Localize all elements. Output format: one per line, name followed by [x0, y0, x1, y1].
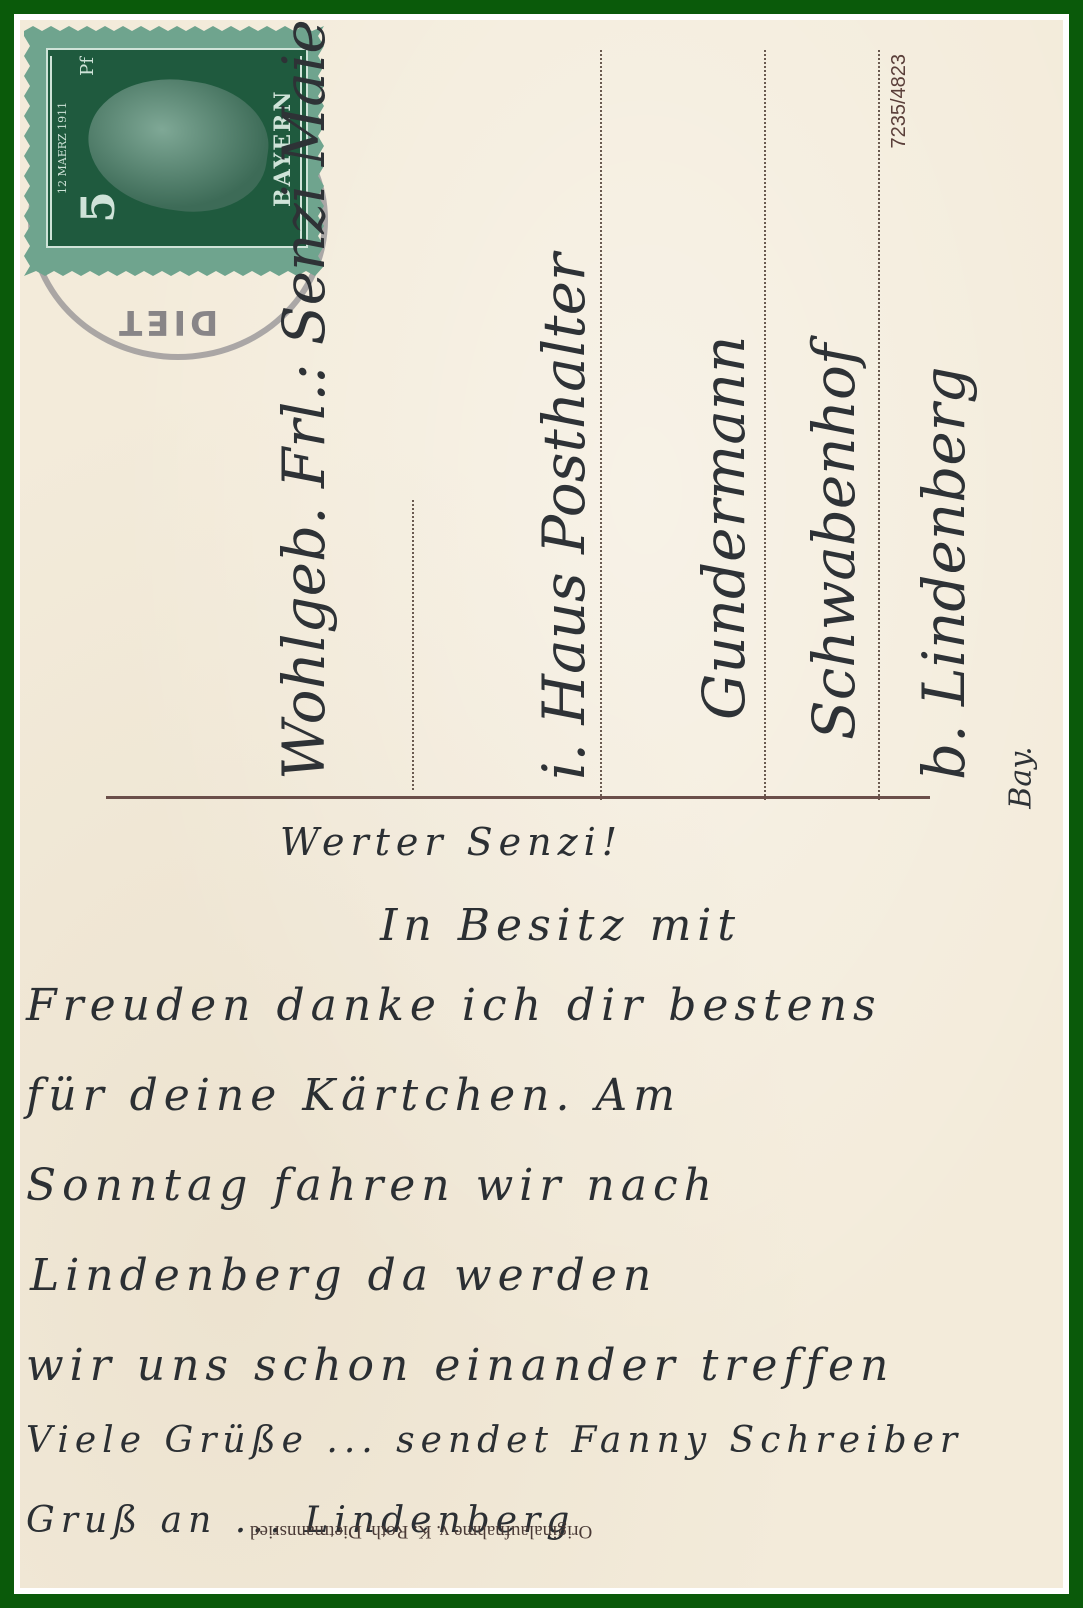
message-line: wir uns schon einander treffen — [26, 1340, 894, 1391]
printer-credit: Originalaufnahme v. K. Roth, Dietmannsri… — [250, 1520, 592, 1542]
stamp-unit: Pf — [77, 57, 98, 76]
side-note: Bay. — [1004, 746, 1039, 808]
message-line: Freuden danke ich dir bestens — [26, 980, 882, 1031]
message-line: Sonntag fahren wir nach — [26, 1160, 718, 1211]
address-line: i. Haus Posthalter — [530, 253, 598, 780]
address-divider — [106, 796, 930, 799]
message-line: für deine Kärtchen. Am — [26, 1070, 681, 1121]
address-block: Wohlgeb. Frl.: Senzi Maier i. Haus Posth… — [240, 60, 1020, 800]
message-line: In Besitz mit — [380, 900, 741, 951]
message-line: Lindenberg da werden — [30, 1250, 657, 1301]
postcard: DIET 12 MAERZ 1911 Pf 5 BAYERN 7235/4823… — [20, 20, 1063, 1588]
stamp-value: 5 — [71, 191, 125, 223]
address-line: Schwabenhof — [800, 344, 868, 740]
address-line: Wohlgeb. Frl.: Senzi Maier — [270, 20, 338, 780]
address-line: b. Lindenberg — [910, 366, 978, 780]
address-line: Gundermann — [690, 335, 758, 720]
postmark-text: DIET — [115, 302, 218, 342]
message-line: Viele Grüße ... sendet Fanny Schreiber — [26, 1420, 963, 1461]
message-greeting: Werter Senzi! — [280, 820, 623, 864]
